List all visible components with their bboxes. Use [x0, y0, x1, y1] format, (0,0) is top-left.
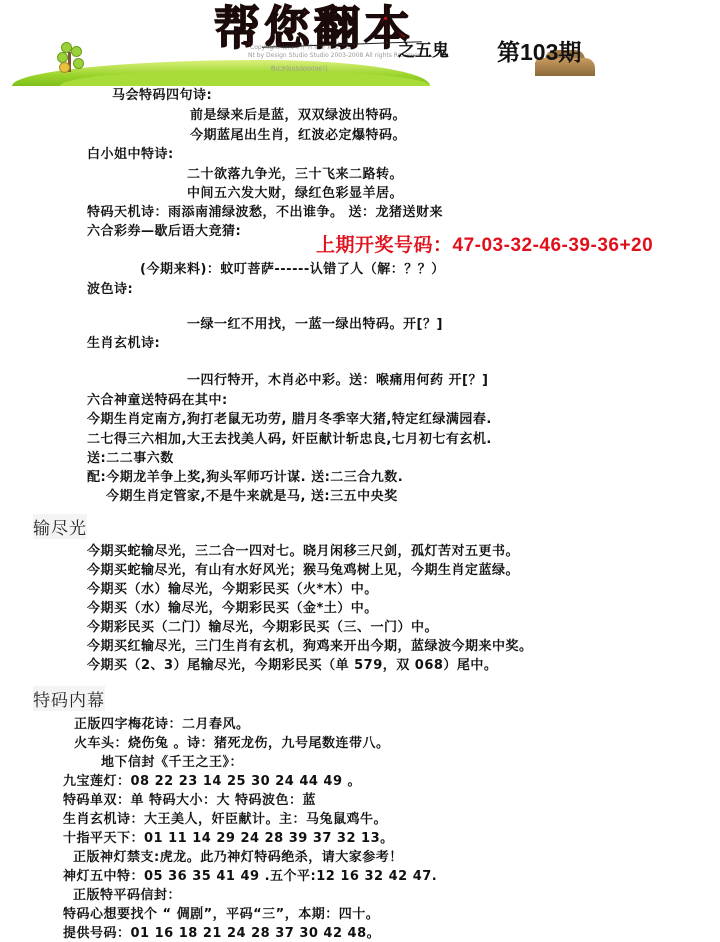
section-line: 地下信封《千王之王》： — [101, 755, 243, 771]
section-title: 特码内幕 — [33, 686, 105, 711]
shengxiao-poem-line: 一四行特开，木肖必中彩。送：喉痛用何药 开[？] — [187, 373, 488, 389]
shentong-line: 送:二二事六数 — [87, 451, 174, 467]
bose-poem-line: 一绿一红不用找，一蓝一绿出特码。开[？] — [187, 317, 443, 333]
section-line: 今期彩民买（二门）输尽光，今期彩民买（三、一门）中。 — [87, 620, 438, 636]
logo-subtitle: 之五鬼 — [398, 36, 449, 61]
page-header: Copyright 版权所有 管家婆 彩票 网站 Nt by Design St… — [0, 0, 720, 88]
tree-icon — [55, 42, 85, 72]
last-draw-label: 上期开奖号码： — [316, 235, 453, 256]
last-draw-result: 上期开奖号码：47-03-32-46-39-36+20 — [316, 230, 653, 257]
section-line: 提供号码：01 16 18 21 24 28 37 30 42 48。 — [63, 926, 380, 942]
section-line: 十指平天下：01 11 14 29 24 28 39 37 32 13。 — [63, 831, 394, 847]
shentong-line: 今期生肖定管家,不是牛来就是马, 送:三五中央奖 — [106, 489, 398, 505]
issue-number: 第103期 — [497, 34, 581, 67]
section-line: 火车头：烧伤兔 。诗：猪死龙伤，九号尾数连带八。 — [74, 736, 390, 752]
section-line: 正版四字梅花诗：二月春风。 — [74, 717, 250, 733]
shentong-line: 二七得三六相加,大王去找美人码, 奸臣献计斩忠良,七月初七有玄机. — [87, 432, 492, 448]
section-line: 今期买蛇输尽光，有山有水好风光；猴马兔鸡树上见，今期生肖定蓝绿。 — [87, 563, 519, 579]
shentong-line: 配:今期龙羊争上奖,狗头军师巧计谋. 送:二三合九数. — [87, 470, 403, 486]
last-draw-numbers: 47-03-32-46-39-36+20 — [453, 235, 654, 256]
section-line: 今期买（水）输尽光，今期彩民买（火*木）中。 — [87, 582, 378, 598]
mahui-poem-line: 前是绿来后是蓝，双双绿波出特码。 — [190, 108, 406, 124]
section-line: 神灯五中特：05 36 35 41 49 .五个平:12 16 32 42 47… — [63, 869, 437, 885]
bai-poem-line: 中间五六发大财，绿红色彩显羊居。 — [187, 186, 403, 202]
section-line: 正版神灯禁支:虎龙。此乃神灯特码绝杀，请大家参考！ — [73, 850, 403, 866]
section-line: 今期买蛇输尽光，三二合一四对七。晓月闲移三尺剑，孤灯苦对五更书。 — [87, 544, 519, 560]
shentong-line: 今期生肖定南方,狗打老鼠无功劳, 腊月冬季宰大猪,特定红绿满园春. — [87, 412, 492, 428]
shentong-title: 六合神童送特码在其中: — [87, 393, 228, 409]
section-line: 今期买红输尽光，三门生肖有玄机，狗鸡来开出今期，蓝绿波今期来中奖。 — [87, 639, 533, 655]
bai-poem-title: 白小姐中特诗: — [87, 147, 174, 163]
icp-line: 粤ICP备05000006号 — [270, 64, 328, 73]
bai-poem-line: 二十欲落九争光，三十飞来二路转。 — [187, 167, 403, 183]
section-line: 九宝莲灯：08 22 23 14 25 30 24 44 49 。 — [63, 774, 361, 790]
section-line: 今期买（2、3）尾输尽光，今期彩民买（单 579，双 068）尾中。 — [87, 658, 497, 674]
bose-poem-title: 波色诗: — [87, 282, 133, 298]
section-line: 特码单双：单 特码大小：大 特码波色：蓝 — [63, 793, 316, 809]
xiehouyu-line: (今期来料)：蚊叮菩萨------认错了人（解：？？） — [140, 262, 445, 278]
xiehouyu-title: 六合彩券—歇后语大竞猜: — [87, 224, 241, 240]
mahui-poem-line: 今期蓝尾出生肖，红波必定爆特码。 — [190, 128, 406, 144]
shengxiao-poem-title: 生肖玄机诗: — [87, 336, 160, 352]
section-line: 生肖玄机诗：大王美人，奸臣献计。主：马兔鼠鸡牛。 — [63, 812, 387, 828]
tianji-poem: 特码天机诗：雨添南浦绿波愁，不出谁争。 送：龙猪送财来 — [87, 205, 443, 221]
mahui-poem-title: 马会特码四句诗: — [112, 88, 212, 104]
site-logo-title: 帮您翻本 — [214, 2, 414, 54]
section-line: 今期买（水）输尽光，今期彩民买（金*土）中。 — [87, 601, 378, 617]
section-line: 特码心想要找个 “ 倜剧”，平码“三”，本期：四十。 — [63, 907, 379, 923]
section-line: 正版特平码信封： — [73, 888, 181, 904]
section-title: 输尽光 — [33, 514, 87, 539]
